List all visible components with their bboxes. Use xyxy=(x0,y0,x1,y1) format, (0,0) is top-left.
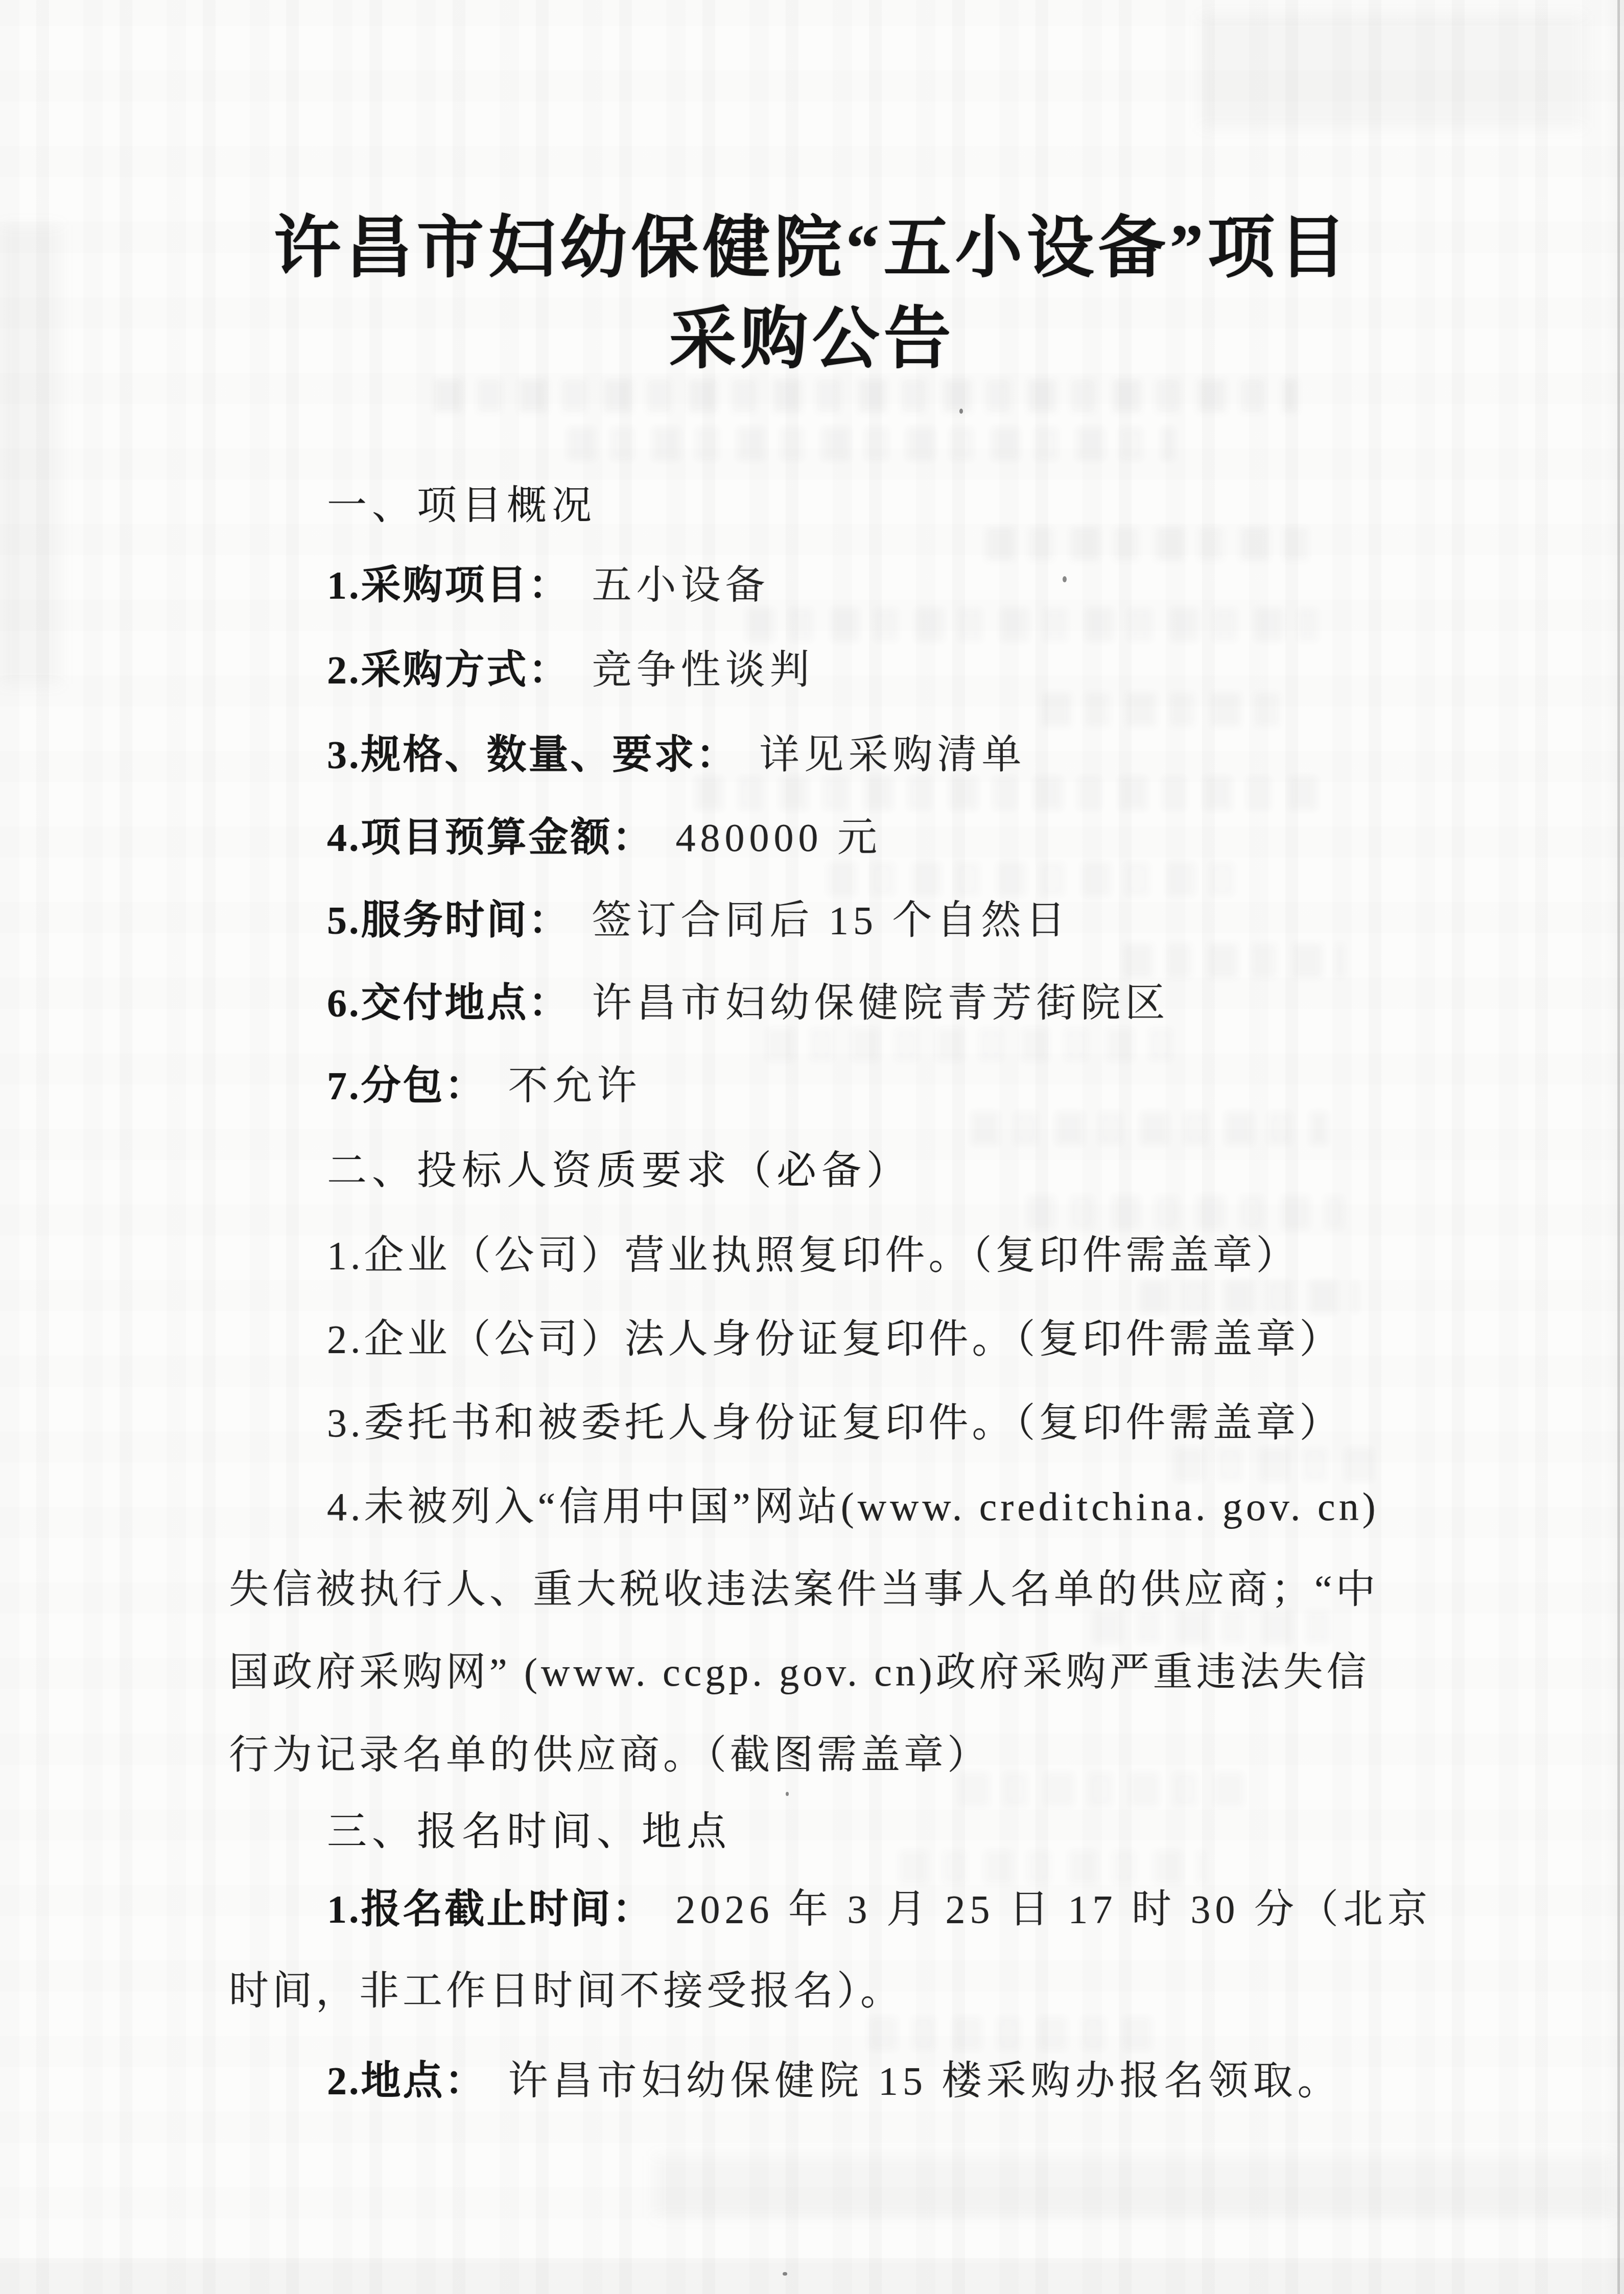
scan-speck xyxy=(786,1792,789,1796)
item-label: 2.地点： xyxy=(327,2059,487,2103)
item-budget: 4.项目预算金额：480000 元 xyxy=(327,814,882,861)
scanned-document-page: 许昌市妇幼保健院“五小设备”项目 采购公告 一、项目概况 1.采购项目：五小设备… xyxy=(0,0,1624,2294)
scan-speck xyxy=(1063,576,1067,582)
section-heading-1: 一、项目概况 xyxy=(327,482,597,529)
bleed-through-ghost xyxy=(1093,1610,1333,1644)
item-value: 2026 年 3 月 25 日 17 时 30 分（北京 xyxy=(676,1887,1432,1931)
bleed-through-ghost xyxy=(1139,1280,1359,1314)
section-heading-2: 二、投标人资质要求（必备） xyxy=(327,1147,911,1194)
bleed-through-ghost xyxy=(971,1111,1328,1145)
item-purchase-project: 1.采购项目：五小设备 xyxy=(327,562,770,609)
item-label: 4.项目预算金额： xyxy=(327,815,654,860)
qualification-item-4-line2: 失信被执行人、重大税收违法案件当事人名单的供应商；“中 xyxy=(229,1566,1379,1613)
registration-deadline: 1.报名截止时间：2026 年 3 月 25 日 17 时 30 分（北京 xyxy=(327,1886,1432,1933)
bleed-through-ghost xyxy=(1027,1195,1344,1229)
item-purchase-method: 2.采购方式：竞争性谈判 xyxy=(327,647,814,694)
item-value: 许昌市妇幼保健院青芳街院区 xyxy=(592,981,1170,1025)
bleed-through-ghost xyxy=(434,379,1298,413)
qualification-item-3: 3.委托书和被委托人身份证复印件。（复印件需盖章） xyxy=(327,1400,1343,1447)
bleed-through-ghost xyxy=(1124,944,1344,978)
item-service-time: 5.服务时间：签订合同后 15 个自然日 xyxy=(327,897,1070,944)
bleed-through-ghost xyxy=(695,776,1328,810)
item-value: 不允许 xyxy=(508,1063,642,1108)
item-label: 1.采购项目： xyxy=(327,563,571,607)
bleed-through-ghost xyxy=(828,862,1236,896)
bleed-through-ghost xyxy=(986,527,1323,561)
item-spec-quantity: 3.规格、数量、要求：详见采购清单 xyxy=(327,731,1026,778)
item-value: 五小设备 xyxy=(592,563,770,607)
item-value: 签订合同后 15 个自然日 xyxy=(592,898,1070,942)
qualification-item-4-line1: 4.未被列入“信用中国”网站(www. creditchina. gov. cn… xyxy=(327,1483,1379,1530)
bleed-through-ghost xyxy=(567,427,1175,461)
bleed-through-ghost xyxy=(746,608,1318,642)
qualification-item-4-line3: 国政府采购网” (www. ccgp. gov. cn)政府采购严重违法失信 xyxy=(229,1649,1370,1696)
item-value: 许昌市妇幼保健院 15 楼采购办报名领取。 xyxy=(508,2059,1342,2103)
scan-bottom-shade xyxy=(0,2258,1624,2294)
item-label: 2.采购方式： xyxy=(327,648,571,692)
bleed-through-ghost xyxy=(868,2017,1155,2050)
item-value: 竞争性谈判 xyxy=(592,648,814,692)
scan-smudge xyxy=(1201,15,1584,128)
item-value: 480000 元 xyxy=(676,815,882,860)
item-label: 1.报名截止时间： xyxy=(327,1887,654,1931)
scan-smudge xyxy=(654,2156,1614,2217)
item-value: 详见采购清单 xyxy=(760,732,1026,777)
qualification-item-1: 1.企业（公司）营业执照复印件。（复印件需盖章） xyxy=(327,1232,1300,1279)
bleed-through-ghost xyxy=(960,1772,1257,1806)
scan-speck xyxy=(959,409,963,414)
item-label: 6.交付地点： xyxy=(327,981,571,1025)
bleed-through-ghost xyxy=(1042,693,1287,726)
item-label: 3.规格、数量、要求： xyxy=(327,732,738,777)
item-delivery-place: 6.交付地点：许昌市妇幼保健院青芳街院区 xyxy=(327,980,1170,1027)
section-heading-3: 三、报名时间、地点 xyxy=(327,1808,732,1855)
item-label: 5.服务时间： xyxy=(327,898,571,942)
registration-deadline-continuation: 时间，非工作日时间不接受报名）。 xyxy=(229,1968,904,2015)
item-subcontract: 7.分包：不允许 xyxy=(327,1062,642,1109)
qualification-item-4-line4: 行为记录名单的供应商。（截图需盖章） xyxy=(229,1732,991,1779)
qualification-item-2: 2.企业（公司）法人身份证复印件。（复印件需盖章） xyxy=(327,1316,1343,1363)
scan-speck xyxy=(783,2272,787,2276)
bleed-through-ghost xyxy=(1175,1448,1379,1481)
document-title-line1: 许昌市妇幼保健院“五小设备”项目 xyxy=(0,193,1624,290)
bleed-through-ghost xyxy=(899,1850,1206,1884)
item-label: 7.分包： xyxy=(327,1063,487,1108)
registration-place: 2.地点：许昌市妇幼保健院 15 楼采购办报名领取。 xyxy=(327,2057,1342,2104)
bleed-through-ghost xyxy=(766,1028,1190,1061)
document-title-line2: 采购公告 xyxy=(0,284,1624,381)
